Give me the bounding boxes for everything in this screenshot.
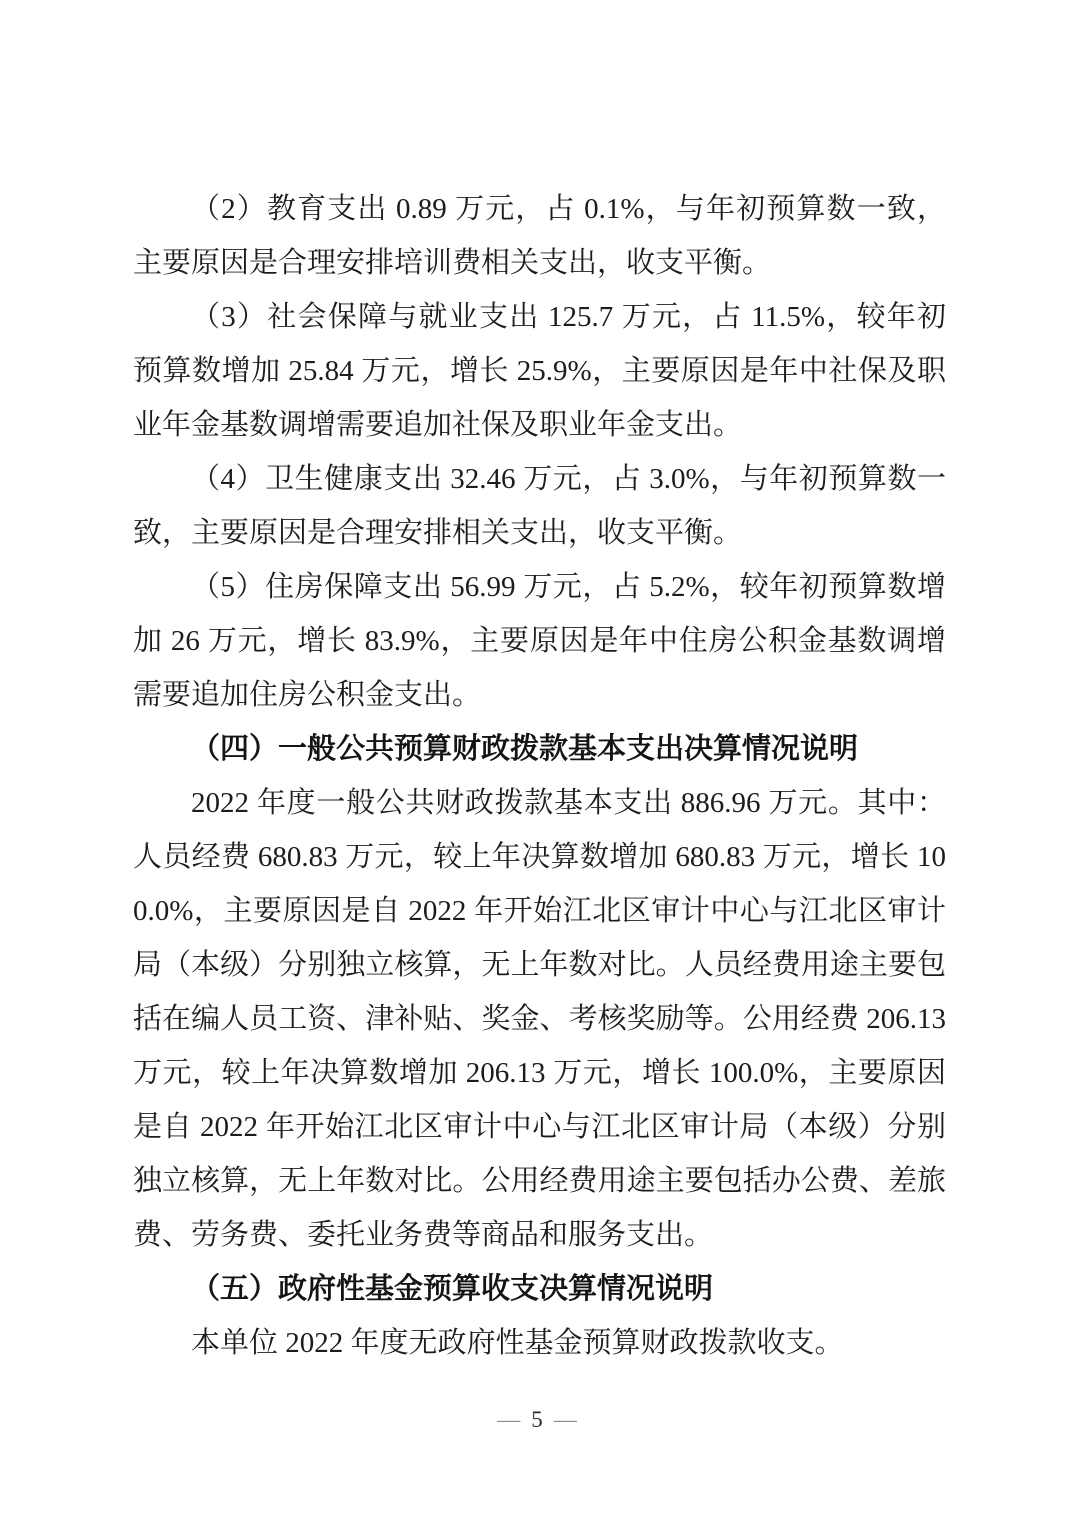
section-heading-basic-expenditure: （四）一般公共预算财政拨款基本支出决算情况说明 — [133, 722, 946, 776]
section-heading-gov-fund: （五）政府性基金预算收支决算情况说明 — [133, 1262, 946, 1316]
paragraph-housing-expense: （5）住房保障支出 56.99 万元，占 5.2%，较年初预算数增加 26 万元… — [133, 560, 946, 722]
footer-dash-right: — — [554, 1407, 577, 1432]
paragraph-basic-expenditure-detail: 2022 年度一般公共财政拨款基本支出 886.96 万元。其中：人员经费 68… — [133, 776, 946, 1262]
paragraph-gov-fund-detail: 本单位 2022 年度无政府性基金预算财政拨款收支。 — [133, 1316, 946, 1370]
footer-dash-left: — — [497, 1407, 520, 1432]
paragraph-health-expense: （4）卫生健康支出 32.46 万元，占 3.0%，与年初预算数一致，主要原因是… — [133, 452, 946, 560]
page-footer: —5— — [0, 1405, 1074, 1435]
page-number: 5 — [531, 1407, 543, 1432]
document-body: （2）教育支出 0.89 万元，占 0.1%，与年初预算数一致，主要原因是合理安… — [133, 182, 946, 1370]
document-page: （2）教育支出 0.89 万元，占 0.1%，与年初预算数一致，主要原因是合理安… — [0, 0, 1074, 1520]
paragraph-social-security-expense: （3）社会保障与就业支出 125.7 万元，占 11.5%，较年初预算数增加 2… — [133, 290, 946, 452]
paragraph-education-expense: （2）教育支出 0.89 万元，占 0.1%，与年初预算数一致，主要原因是合理安… — [133, 182, 946, 290]
